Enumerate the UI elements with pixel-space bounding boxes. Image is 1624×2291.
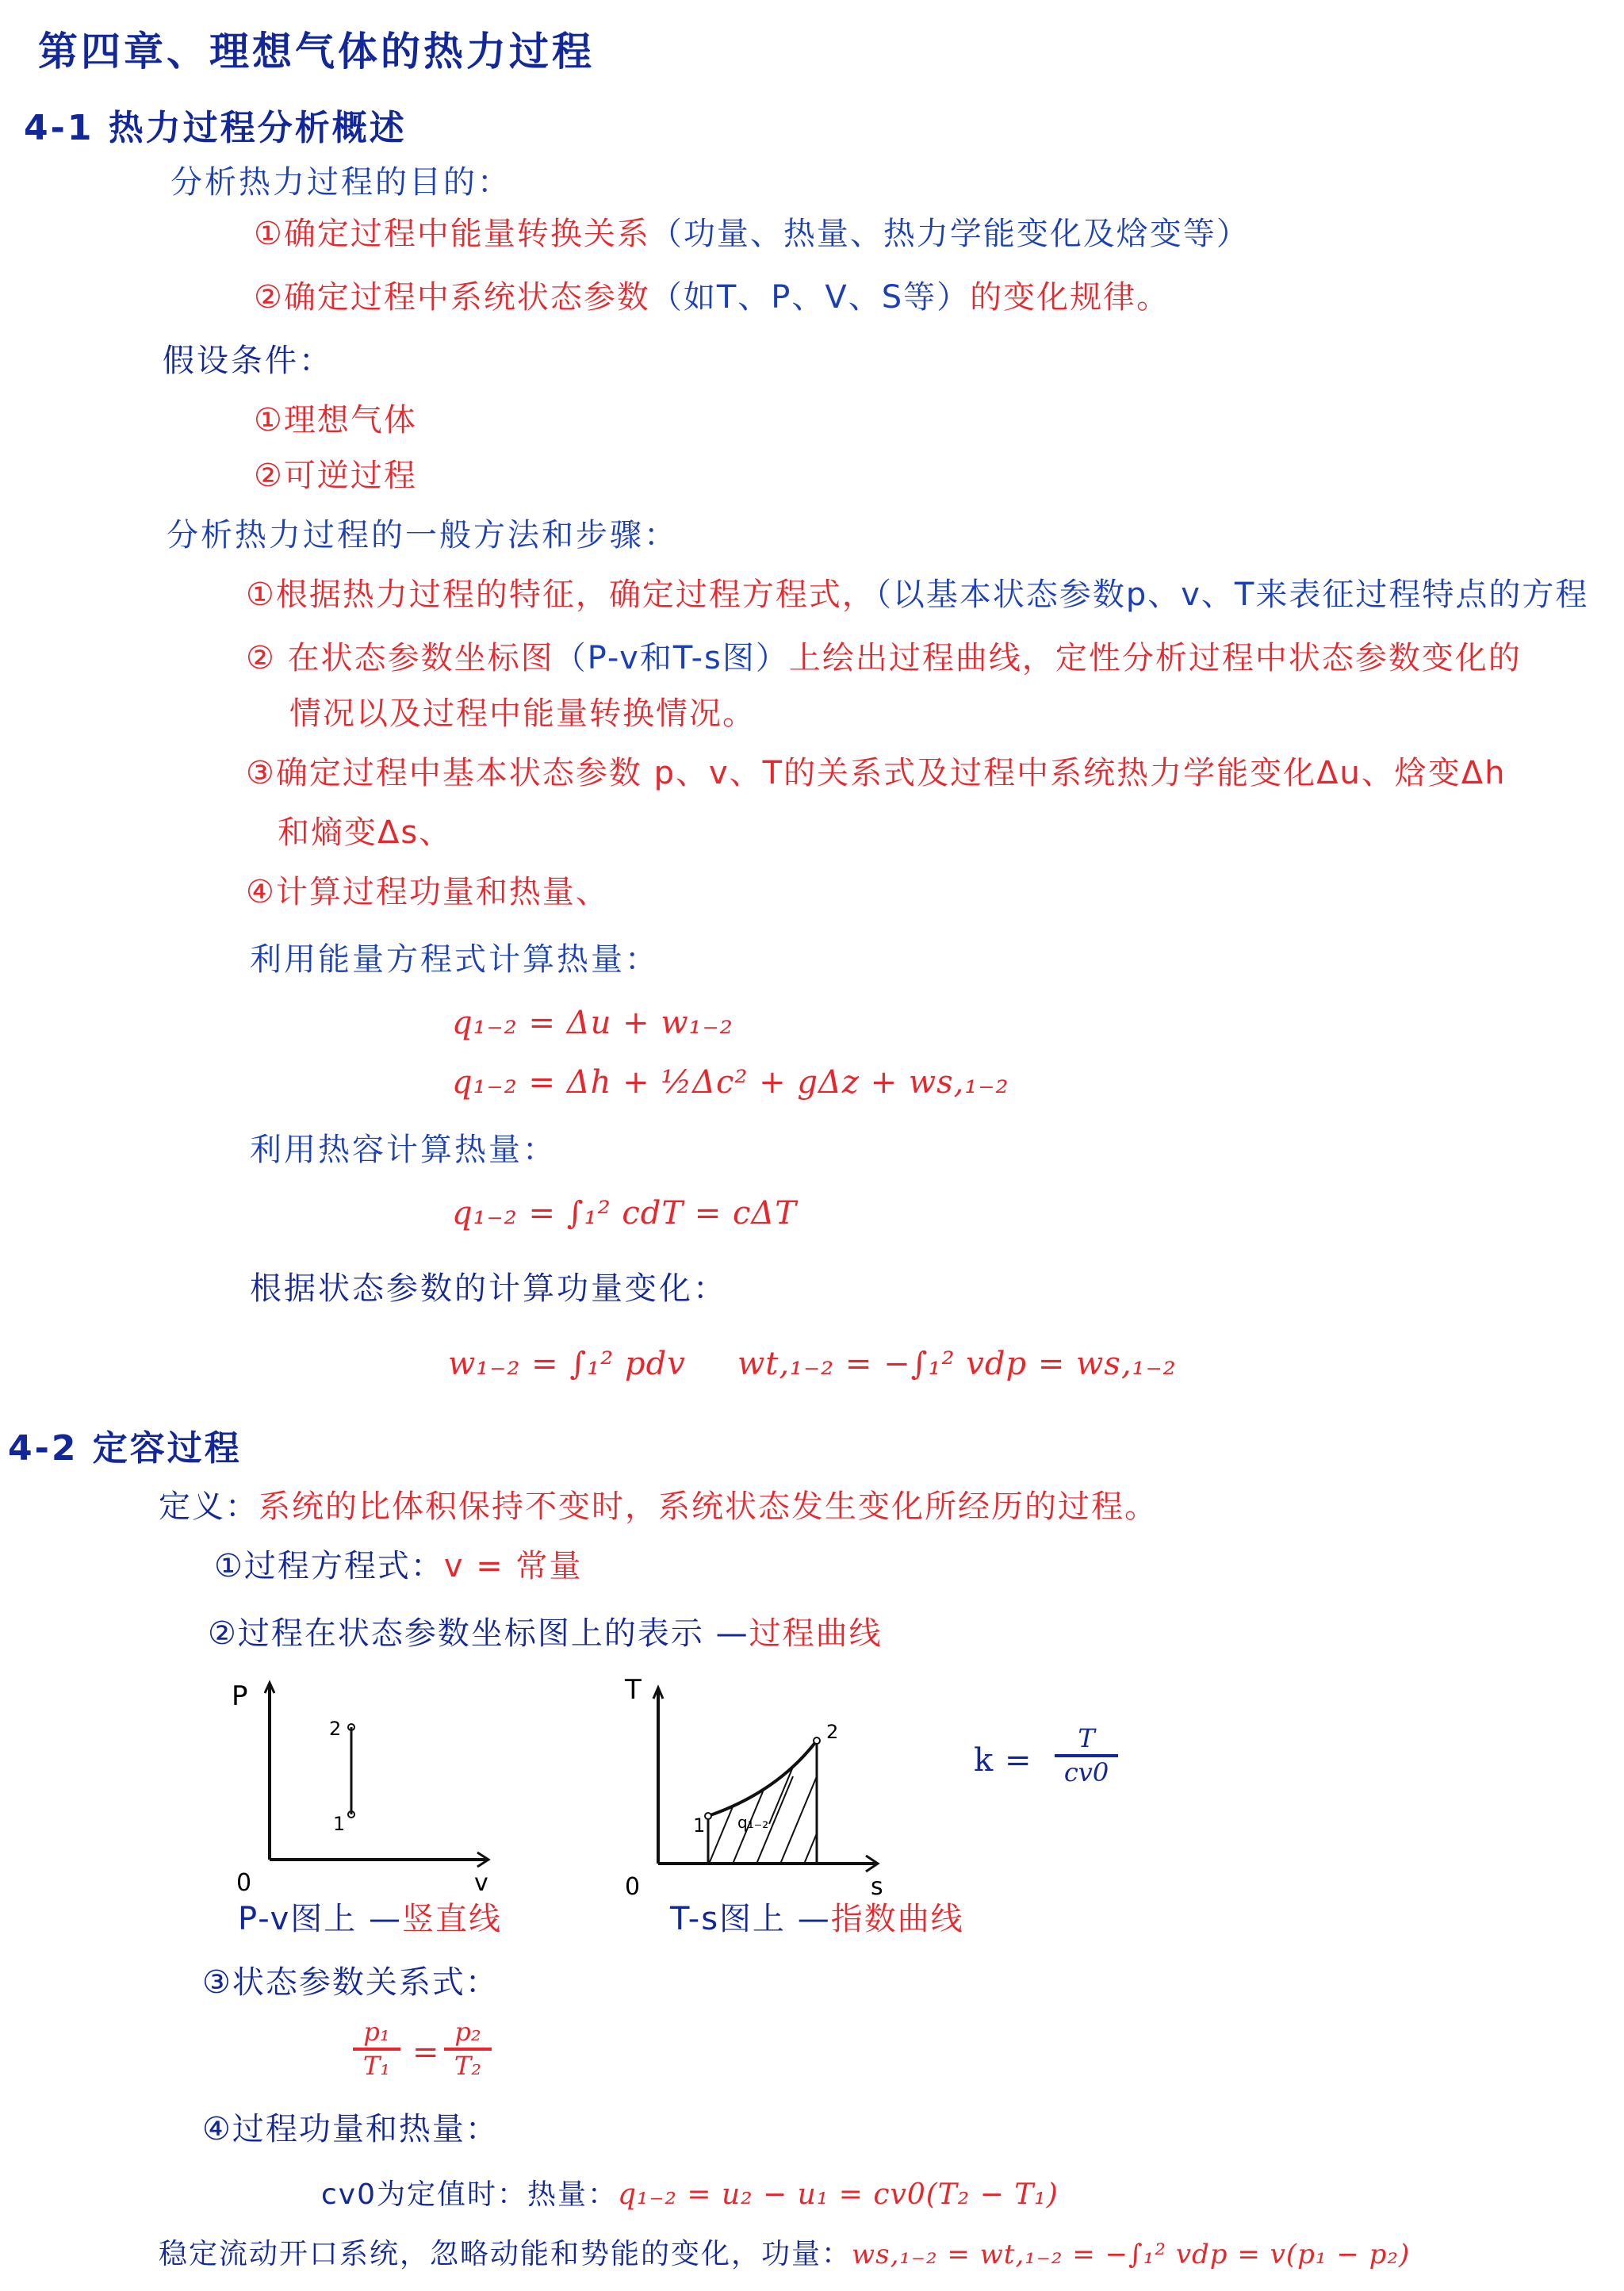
method-step-1: ①根据热力过程的特征，确定过程方程式，（以基本状态参数p、v、T来表征过程特点的… [246, 579, 1588, 611]
ts-caption-value: 指数曲线 [831, 1901, 964, 1937]
state-relation-p2: p₂ [454, 2018, 481, 2046]
diagram-representation-label: ②过程在状态参数坐标图上的表示 — [208, 1615, 749, 1652]
state-relation-t1: T₁ [363, 2052, 390, 2080]
pv-caption-label: P-v图上 — [238, 1901, 402, 1937]
purpose-item-2-tail: 的变化规律。 [970, 279, 1170, 316]
heat-capacity-formula: q₁₋₂ = ∫₁² cdT = cΔT [452, 1197, 797, 1229]
ts-chart: T 2 1 q₁₋₂ 0 s [619, 1673, 936, 1914]
definition-label: 定义： [159, 1488, 259, 1525]
work-formula-1: w₁₋₂ = ∫₁² pdv [448, 1348, 686, 1380]
work-formula-2: wt,₁₋₂ = −∫₁² vdp = ws,₁₋₂ [737, 1348, 1177, 1380]
cv-heat-label: cv0为定值时：热量： [321, 2178, 618, 2211]
state-relation-t2: T₂ [454, 2052, 481, 2080]
energy-eq-label: 利用能量方程式计算热量： [250, 944, 659, 975]
cv-heat-formula: q₁₋₂ = u₂ − u₁ = cv0(T₂ − T₁) [618, 2178, 1059, 2211]
diagram-representation-value: 过程曲线 [749, 1615, 883, 1652]
state-relation-lhs: p₁ T₁ [353, 2018, 400, 2080]
method-step-2-note: （P-v和T-s图） [554, 640, 789, 676]
ts-origin-label: 0 [625, 1875, 640, 1899]
ts-y-axis-label: T [625, 1676, 642, 1703]
method-step-3-cont: 和熵变Δs、 [278, 817, 452, 849]
ts-point-1-label: 1 [693, 1816, 705, 1835]
work-heat-label: ④过程功量和热量： [202, 2113, 499, 2145]
purpose-item-2-main: ②确定过程中系统状态参数 [254, 279, 650, 316]
state-relation-p1: p₁ [363, 2018, 389, 2046]
ts-caption: T-s图上 —指数曲线 [670, 1903, 964, 1935]
section-4-1-heading: 4-1 热力过程分析概述 [24, 111, 407, 146]
pv-origin-label: 0 [236, 1871, 251, 1895]
pv-caption: P-v图上 —竖直线 [238, 1903, 502, 1935]
purpose-item-1-note: （功量、热量、热力学能变化及焓变等） [650, 216, 1250, 252]
definition-text: 系统的比体积保持不变时，系统状态发生变化所经历的过程。 [259, 1488, 1158, 1525]
section-4-2-heading: 4-2 定容过程 [8, 1431, 242, 1466]
state-relation-label: ③状态参数关系式： [202, 1967, 499, 1998]
state-relation-rhs: p₂ T₂ [444, 2018, 492, 2080]
slope-numerator: T [1078, 1725, 1094, 1753]
pv-chart: P 2 1 0 v [222, 1673, 523, 1906]
method-step-2: ② 在状态参数坐标图（P-v和T-s图）上绘出过程曲线，定性分析过程中状态参数变… [246, 642, 1522, 674]
assumptions-label: 假设条件： [163, 345, 333, 377]
steady-flow-label: 稳定流动开口系统，忽略动能和势能的变化，功量： [159, 2238, 852, 2270]
work-label: 根据状态参数的计算功量变化： [250, 1273, 727, 1304]
steady-flow-line: 稳定流动开口系统，忽略动能和势能的变化，功量：ws,₁₋₂ = wt,₁₋₂ =… [159, 2240, 1410, 2269]
method-label: 分析热力过程的一般方法和步骤： [167, 519, 678, 551]
purpose-item-2: ②确定过程中系统状态参数（如T、P、V、S等）的变化规律。 [254, 282, 1170, 313]
assumption-2: ②可逆过程 [254, 460, 417, 492]
slope-fraction: T cv0 [1055, 1725, 1118, 1787]
ts-x-axis-label: s [871, 1875, 883, 1899]
purpose-item-2-note: （如T、P、V、S等） [650, 279, 970, 316]
assumption-1: ①理想气体 [254, 404, 417, 436]
pv-y-axis-label: P [232, 1683, 248, 1710]
pv-point-2-label: 2 [329, 1719, 341, 1738]
pv-caption-value: 竖直线 [402, 1901, 502, 1937]
heat-capacity-label: 利用热容计算热量： [250, 1134, 557, 1166]
cv-heat-line: cv0为定值时：热量：q₁₋₂ = u₂ − u₁ = cv0(T₂ − T₁) [321, 2181, 1059, 2209]
process-equation: ①过程方程式：v = 常量 [214, 1550, 582, 1582]
method-step-1-main: ①根据热力过程的特征，确定过程方程式， [246, 577, 875, 613]
ts-chart-svg [619, 1673, 936, 1911]
steady-flow-formula: ws,₁₋₂ = wt,₁₋₂ = −∫₁² vdp = v(p₁ − p₂) [852, 2239, 1410, 2270]
purpose-label: 分析热力过程的目的： [170, 167, 511, 198]
energy-eq-formula-2: q₁₋₂ = Δh + ½Δc² + gΔz + ws,₁₋₂ [452, 1067, 1009, 1098]
purpose-item-1-main: ①确定过程中能量转换关系 [254, 216, 650, 252]
slope-lhs: k = [974, 1745, 1032, 1776]
ts-area-label: q₁₋₂ [737, 1814, 768, 1830]
ts-caption-label: T-s图上 — [670, 1901, 831, 1937]
pv-x-axis-label: v [474, 1871, 488, 1895]
purpose-item-1: ①确定过程中能量转换关系（功量、热量、热力学能变化及焓变等） [254, 218, 1250, 250]
ts-point-2-label: 2 [826, 1722, 838, 1741]
method-step-2-main: ② 在状态参数坐标图 [246, 640, 554, 676]
state-relation-equals: = [412, 2036, 440, 2068]
method-step-2-cont: 情况以及过程中能量转换情况。 [289, 698, 756, 730]
method-step-4: ④计算过程功量和热量、 [246, 876, 609, 908]
definition: 定义：系统的比体积保持不变时，系统状态发生变化所经历的过程。 [159, 1491, 1158, 1523]
method-step-3: ③确定过程中基本状态参数 p、v、T的关系式及过程中系统热力学能变化Δu、焓变Δ… [246, 757, 1507, 789]
pv-point-1-label: 1 [333, 1814, 345, 1833]
method-step-1-note: （以基本状态参数p、v、T来表征过程特点的方程 [875, 577, 1589, 613]
chapter-title: 第四章、理想气体的热力过程 [38, 32, 595, 71]
method-step-2-tail: 上绘出过程曲线，定性分析过程中状态参数变化的 [789, 640, 1522, 676]
energy-eq-formula-1: q₁₋₂ = Δu + w₁₋₂ [452, 1007, 733, 1039]
process-equation-label: ①过程方程式： [214, 1548, 444, 1584]
process-equation-value: v = 常量 [444, 1548, 583, 1584]
slope-denominator: cv0 [1064, 1759, 1109, 1787]
diagram-representation: ②过程在状态参数坐标图上的表示 —过程曲线 [208, 1618, 883, 1649]
